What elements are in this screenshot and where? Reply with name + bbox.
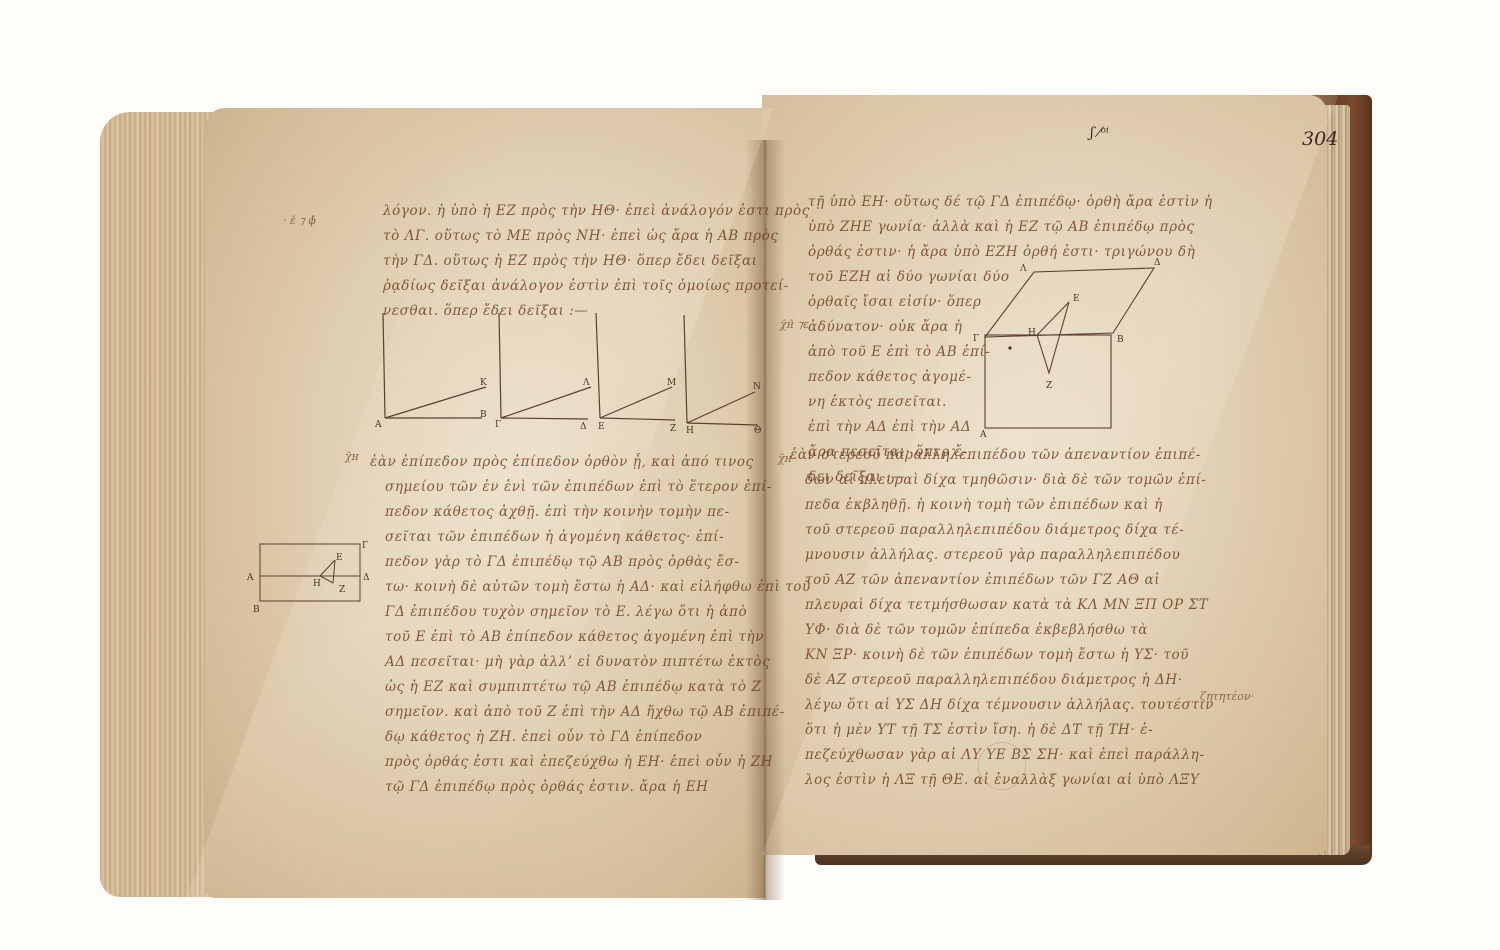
text-line: ἐπὶ τὴν ΑΔ ἐπὶ τὴν ΑΔ	[808, 415, 991, 440]
text-line: τῇ ὑπὸ ΕΗ· οὕτως δέ τῷ ΓΔ ἐπιπέδῳ· ὀρθὴ …	[808, 190, 1213, 215]
svg-text:Λ: Λ	[1019, 264, 1027, 274]
folio-number: 304	[1302, 128, 1338, 150]
svg-text:Η: Η	[313, 579, 321, 589]
library-stamp-icon	[978, 742, 1026, 790]
text-line: ὑπὸ ΖΗΕ γωνία· ἀλλὰ καὶ ἡ ΕΖ τῷ ΑΒ ἐπιπέ…	[808, 215, 1213, 240]
svg-text:Η: Η	[1028, 328, 1036, 338]
svg-text:Α: Α	[246, 573, 254, 583]
intersecting-planes-diagram: Λ Δ Γ Β Η Ε Ζ Α	[970, 255, 1180, 440]
left-page-stack	[100, 112, 220, 897]
text-line: τὸ ΛΓ. οὕτως τὸ ΜΕ πρὸς ΝΗ· ἐπεὶ ὡς ἄρα …	[383, 224, 810, 249]
text-line: λόγον. ἡ ὑπὸ ἡ ΕΖ πρὸς τὴν ΗΘ· ἐπεὶ ἀνάλ…	[383, 199, 810, 224]
text-line: ὀρθαῖς ἴσαι εἰσίν· ὅπερ	[808, 290, 991, 315]
svg-text:Γ: Γ	[495, 420, 501, 430]
text-line: ῥᾳδίως δεῖξαι ἀνάλογον ἐστὶν ἐπὶ τοῖς ὁμ…	[383, 274, 810, 299]
open-manuscript-photo: 304 ʃ ⁄ᵒⁱ · ε̄ ⁊ ϕ̄ χ̄ʜ λόγον. ἡ ὑπὸ ἡ Ε…	[0, 0, 1500, 950]
svg-text:Ε: Ε	[598, 422, 605, 432]
text-line: πεδον κάθετος ἀχθῇ. ἐπὶ τὴν κοινὴν τομὴν…	[370, 500, 811, 525]
svg-text:Ζ: Ζ	[339, 585, 345, 595]
svg-text:Η: Η	[686, 426, 694, 435]
text-line: πεδον γὰρ τὸ ΓΔ ἐπιπέδῳ τῷ ΑΒ πρὸς ὀρθὰς…	[370, 550, 811, 575]
text-line: τῷ ΓΔ ἐπιπέδῳ πρὸς ὀρθάς ἐστιν. ἄρα ἡ ΕΗ	[370, 775, 811, 800]
svg-text:Ε: Ε	[1073, 294, 1080, 304]
plane-diagram: Α Δ Γ Β Ε Η Ζ	[245, 538, 375, 618]
svg-text:Γ: Γ	[973, 334, 979, 344]
text-line: σεῖται τῶν ἐπιπέδων ἡ ἀγομένη κάθετος· ἐ…	[370, 525, 811, 550]
svg-text:Α: Α	[979, 430, 987, 440]
svg-text:Ν: Ν	[753, 382, 761, 392]
text-line: ΥΦ· διὰ δὲ τῶν τομῶν ἐπίπεδα ἐκβεβλήσθω …	[790, 618, 1214, 643]
svg-text:Γ: Γ	[362, 541, 368, 551]
svg-text:Ζ: Ζ	[1046, 381, 1052, 391]
text-line: ἀπὸ τοῦ Ε ἐπὶ τὸ ΑΒ ἐπί-	[808, 340, 991, 365]
svg-text:Λ: Λ	[582, 378, 590, 388]
svg-text:Δ: Δ	[580, 422, 587, 432]
text-line: πλευραὶ δίχα τετμήσθωσαν κατὰ τὰ ΚΛ ΜΝ Ξ…	[790, 593, 1214, 618]
text-line: λέγω ὅτι αἱ ΥΣ ΔΗ δίχα τέμνουσιν ἀλλήλας…	[790, 693, 1214, 718]
svg-text:Δ: Δ	[1154, 258, 1161, 268]
text-line: μνουσιν ἀλλήλας. στερεοῦ γὰρ παραλληλεπι…	[790, 543, 1214, 568]
folio-mark: ʃ ⁄ᵒⁱ	[1090, 125, 1109, 141]
svg-text:Κ: Κ	[480, 378, 487, 388]
text-line: τοῦ ΑΖ τῶν ἀπεναντίον ἐπιπέδων τῶν ΓΖ ΑΘ…	[790, 568, 1214, 593]
text-line: ΚΝ ΞΡ· κοινὴ δὲ τῶν ἐπιπέδων τομὴ ἔστω ἡ…	[790, 643, 1214, 668]
left-page-paragraph-2: ἐὰν ἐπίπεδον πρὸς ἐπίπεδον ὀρθὸν ᾖ, καὶ …	[370, 450, 811, 800]
left-margin-chapter-mark: χ̄ʜ	[345, 450, 359, 463]
svg-text:Ε: Ε	[336, 553, 343, 563]
text-line: δων αἱ πλευραὶ δίχα τμηθῶσιν· διὰ δὲ τῶν…	[790, 468, 1214, 493]
svg-text:Μ: Μ	[667, 378, 676, 388]
text-line: τοῦ στερεοῦ παραλληλεπιπέδου διάμετρος δ…	[790, 518, 1214, 543]
text-line: τοῦ Ε ἐπὶ τὸ ΑΒ ἐπίπεδον κάθετος ἀγομένη…	[370, 625, 811, 650]
text-line: ΓΔ ἐπιπέδου τυχὸν σημεῖον τὸ Ε. λέγω ὅτι…	[370, 600, 811, 625]
text-line: ΑΔ πεσεῖται· μὴ γὰρ ἀλλ’ εἰ δυνατὸν πιπτ…	[370, 650, 811, 675]
svg-text:Θ: Θ	[754, 426, 761, 435]
text-line: ἐὰν ἐπίπεδον πρὸς ἐπίπεδον ὀρθὸν ᾖ, καὶ …	[370, 450, 811, 475]
right-margin-note: χ̄ʜ̄ ⁊ε	[780, 318, 809, 331]
svg-text:Β: Β	[1117, 335, 1124, 345]
text-line: πεδα ἐκβληθῇ. ἡ κοινὴ τομὴ τῶν ἐπιπέδων …	[790, 493, 1214, 518]
text-line: ὅτι ἡ μὲν ΥΤ τῇ ΤΣ ἐστὶν ἴση. ἡ δὲ ΔΤ τῇ…	[790, 718, 1214, 743]
text-line: σημείου τῶν ἐν ἑνὶ τῶν ἐπιπέδων ἐπὶ τὸ ἕ…	[370, 475, 811, 500]
text-line: πρὸς ὀρθάς ἐστι καὶ ἐπεζεύχθω ἡ ΕΗ· ἐπεὶ…	[370, 750, 811, 775]
right-page-paragraph-2: ἐὰν στερεοῦ παραλληλεπιπέδου τῶν ἀπεναντ…	[790, 443, 1214, 793]
angles-diagram: Α Β Κ Γ Δ Λ Ε Ζ Μ Η Θ Ν	[370, 305, 770, 435]
text-line: δὲ ΑΖ στερεοῦ παραλληλεπιπέδου διάμετρος…	[790, 668, 1214, 693]
text-line: νη ἐκτὸς πεσεῖται.	[808, 390, 991, 415]
text-line: τὴν ΓΔ. οὕτως ἡ ΕΖ πρὸς τὴν ΗΘ· ὅπερ ἔδε…	[383, 249, 810, 274]
text-line: σημεῖον. καὶ ἀπὸ τοῦ Ζ ἐπὶ τὴν ΑΔ ἤχθω τ…	[370, 700, 811, 725]
svg-text:Δ: Δ	[363, 573, 370, 583]
svg-text:Ζ: Ζ	[670, 424, 676, 434]
text-line: ἐὰν στερεοῦ παραλληλεπιπέδου τῶν ἀπεναντ…	[790, 443, 1214, 468]
text-line: ὡς ἡ ΕΖ καὶ συμπιπτέτω τῷ ΑΒ ἐπιπέδῳ κατ…	[370, 675, 811, 700]
text-line: δῳ κάθετος ἡ ΖΗ. ἐπεὶ οὖν τὸ ΓΔ ἐπίπεδον	[370, 725, 811, 750]
svg-text:Β: Β	[480, 410, 487, 420]
text-line: τω· κοινὴ δὲ αὐτῶν τομὴ ἔστω ἡ ΑΔ· καὶ ε…	[370, 575, 811, 600]
left-margin-note: · ε̄ ⁊ ϕ̄	[283, 214, 316, 227]
text-line: ἀδύνατον· οὐκ ἄρα ἡ	[808, 315, 991, 340]
svg-text:Α: Α	[374, 420, 382, 430]
text-line: πεδον κάθετος ἀγομέ-	[808, 365, 991, 390]
svg-text:Β: Β	[253, 605, 260, 615]
